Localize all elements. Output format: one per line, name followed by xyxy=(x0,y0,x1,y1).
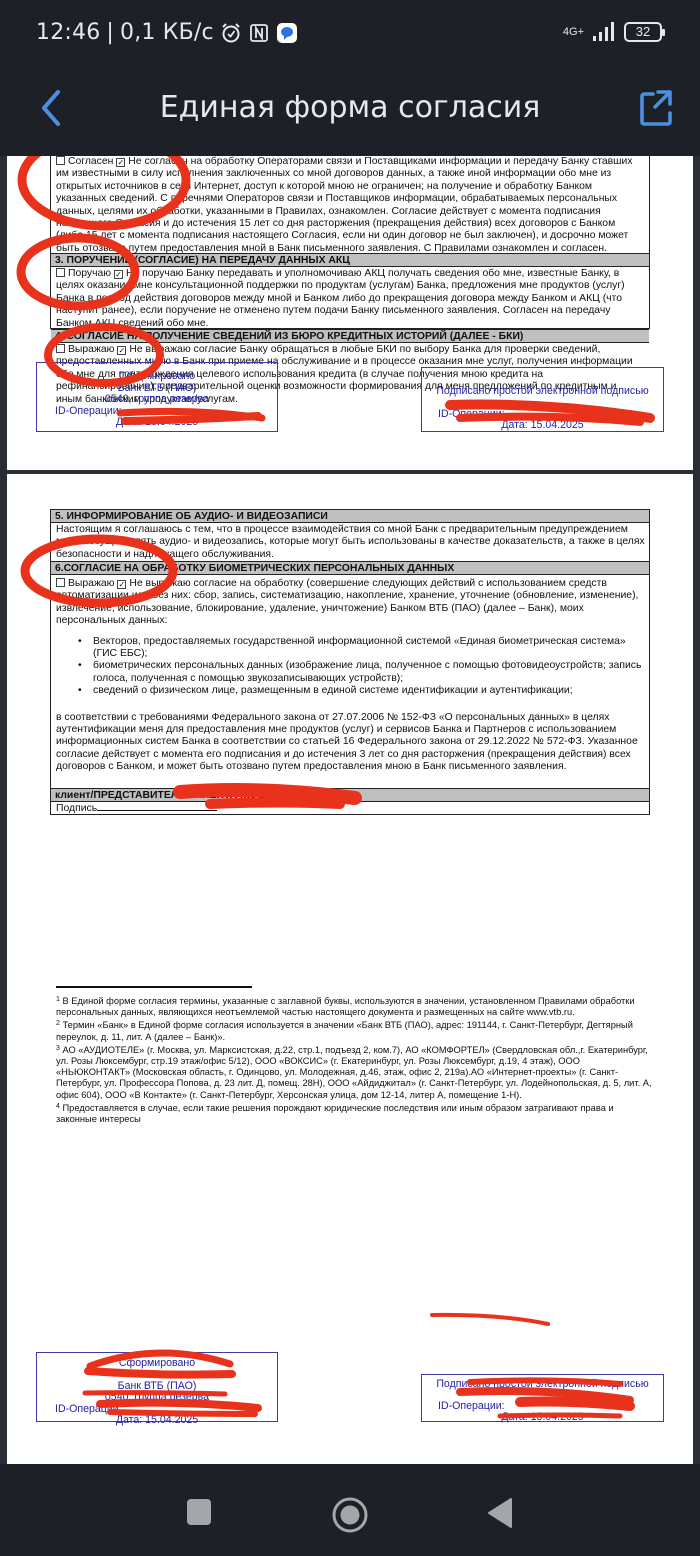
footnote-2: 2 Термин «Банк» в Единой форме согласия … xyxy=(56,1018,656,1042)
checkbox-disagree-checked[interactable]: ✓ xyxy=(116,158,125,167)
app-bar: Единая форма согласия xyxy=(0,72,700,156)
stamp-formed-left-page2: Сформировано Банк ВТБ (ПАО) 0540, группа… xyxy=(36,1352,278,1422)
stamp-signed-right: Подписано простой электронной подписью I… xyxy=(421,367,664,432)
back-triangle-icon[interactable] xyxy=(485,1496,515,1530)
consent-table-page2: 5. ИНФОРМИРОВАНИЕ ОБ АУДИО- И ВИДЕОЗАПИС… xyxy=(50,509,650,815)
section-5-header: 5. ИНФОРМИРОВАНИЕ ОБ АУДИО- И ВИДЕОЗАПИС… xyxy=(51,509,649,523)
list-item: сведений о физическом лице, размещенным … xyxy=(78,685,645,697)
checkbox-express-unchecked[interactable] xyxy=(56,344,65,353)
page-title: Единая форма согласия xyxy=(0,90,700,125)
document-viewer[interactable]: Согласен ✓Не согласен на обработку Опера… xyxy=(0,156,700,1464)
signature-header: клиент/ПРЕДСТАВИТЕЛЬ КЛИЕНТА (по доверен… xyxy=(51,788,649,802)
network-type: 4G+ xyxy=(563,27,584,37)
checkbox-no-instruct-checked[interactable]: ✓ xyxy=(114,270,123,279)
checkbox-not-express-biometric-checked[interactable]: ✓ xyxy=(117,580,126,589)
stamp-signed-right-page2: Подписано простой электронной подписью I… xyxy=(421,1374,664,1422)
section-6-legal-text: в соответствии с требованиями Федерально… xyxy=(56,712,645,774)
clock: 12:46 xyxy=(36,20,100,45)
status-left: 12:46 | 0,1 КБ/с xyxy=(36,20,298,45)
status-right: 4G+ 32 xyxy=(563,22,662,42)
nfc-icon xyxy=(248,22,270,44)
stamp-formed-left: Сформировано Банк ВТБ (ПАО) 0540, группа… xyxy=(36,362,278,432)
checkbox-instruct-unchecked[interactable] xyxy=(56,268,65,277)
section-2-text: на обработку Операторами связи и Поставщ… xyxy=(56,156,633,254)
alarm-icon xyxy=(220,22,242,44)
document-page-2: 5. ИНФОРМИРОВАНИЕ ОБ АУДИО- И ВИДЕОЗАПИС… xyxy=(7,474,693,1464)
footnote-1: 1 В Единой форме согласия термины, указа… xyxy=(56,994,656,1018)
biometric-data-list: Векторов, предоставляемых государственно… xyxy=(56,628,645,698)
list-item: биометрических персональных данных (изоб… xyxy=(78,660,645,685)
status-bar: 12:46 | 0,1 КБ/с 4G+ 32 xyxy=(0,0,700,72)
checkbox-not-express-checked[interactable]: ✓ xyxy=(117,346,126,355)
checkbox-express-biometric-unchecked[interactable] xyxy=(56,578,65,587)
recents-square-icon[interactable] xyxy=(185,1496,213,1528)
system-nav-bar xyxy=(0,1470,700,1556)
section-4-header: 4. СОГЛАСИЕ НА ПОЛУЧЕНИЕ СВЕДЕНИЙ ИЗ БЮР… xyxy=(51,329,649,343)
net-speed: 0,1 КБ/с xyxy=(120,20,214,45)
checkbox-agree-unchecked[interactable] xyxy=(56,156,65,165)
document-page-1: Согласен ✓Не согласен на обработку Опера… xyxy=(7,156,693,470)
footnote-rule xyxy=(56,986,252,988)
section-6-body: Выражаю ✓Не выражаю согласие на обработк… xyxy=(51,575,649,788)
signature-row: Подпись xyxy=(51,802,649,822)
footnote-4: 4 Предоставляется в случае, если такие р… xyxy=(56,1101,656,1125)
battery-indicator: 32 xyxy=(624,22,662,42)
footnotes: 1 В Единой форме согласия термины, указа… xyxy=(56,986,656,1125)
section-5-body: Настоящим я соглашаюсь с тем, что в проц… xyxy=(51,523,649,561)
section-3-body: Поручаю ✓Не поручаю Банку передавать и у… xyxy=(51,267,649,329)
section-2-body: Согласен ✓Не согласен на обработку Опера… xyxy=(51,156,649,253)
consent-table-page1: Согласен ✓Не согласен на обработку Опера… xyxy=(50,156,650,329)
section-6-header: 6.СОГЛАСИЕ НА ОБРАБОТКУ БИОМЕТРИЧЕСКИХ П… xyxy=(51,561,649,575)
open-external-icon[interactable] xyxy=(638,88,674,128)
status-separator: | xyxy=(106,20,114,45)
signature-line xyxy=(97,810,217,811)
footnote-3: 3 АО «АУДИОТЕЛЕ» (г. Москва, ул. Марксис… xyxy=(56,1043,656,1101)
messages-app-icon xyxy=(276,22,298,44)
list-item: Векторов, предоставляемых государственно… xyxy=(78,636,645,661)
signal-icon xyxy=(592,22,616,42)
home-circle-icon[interactable] xyxy=(331,1496,369,1534)
